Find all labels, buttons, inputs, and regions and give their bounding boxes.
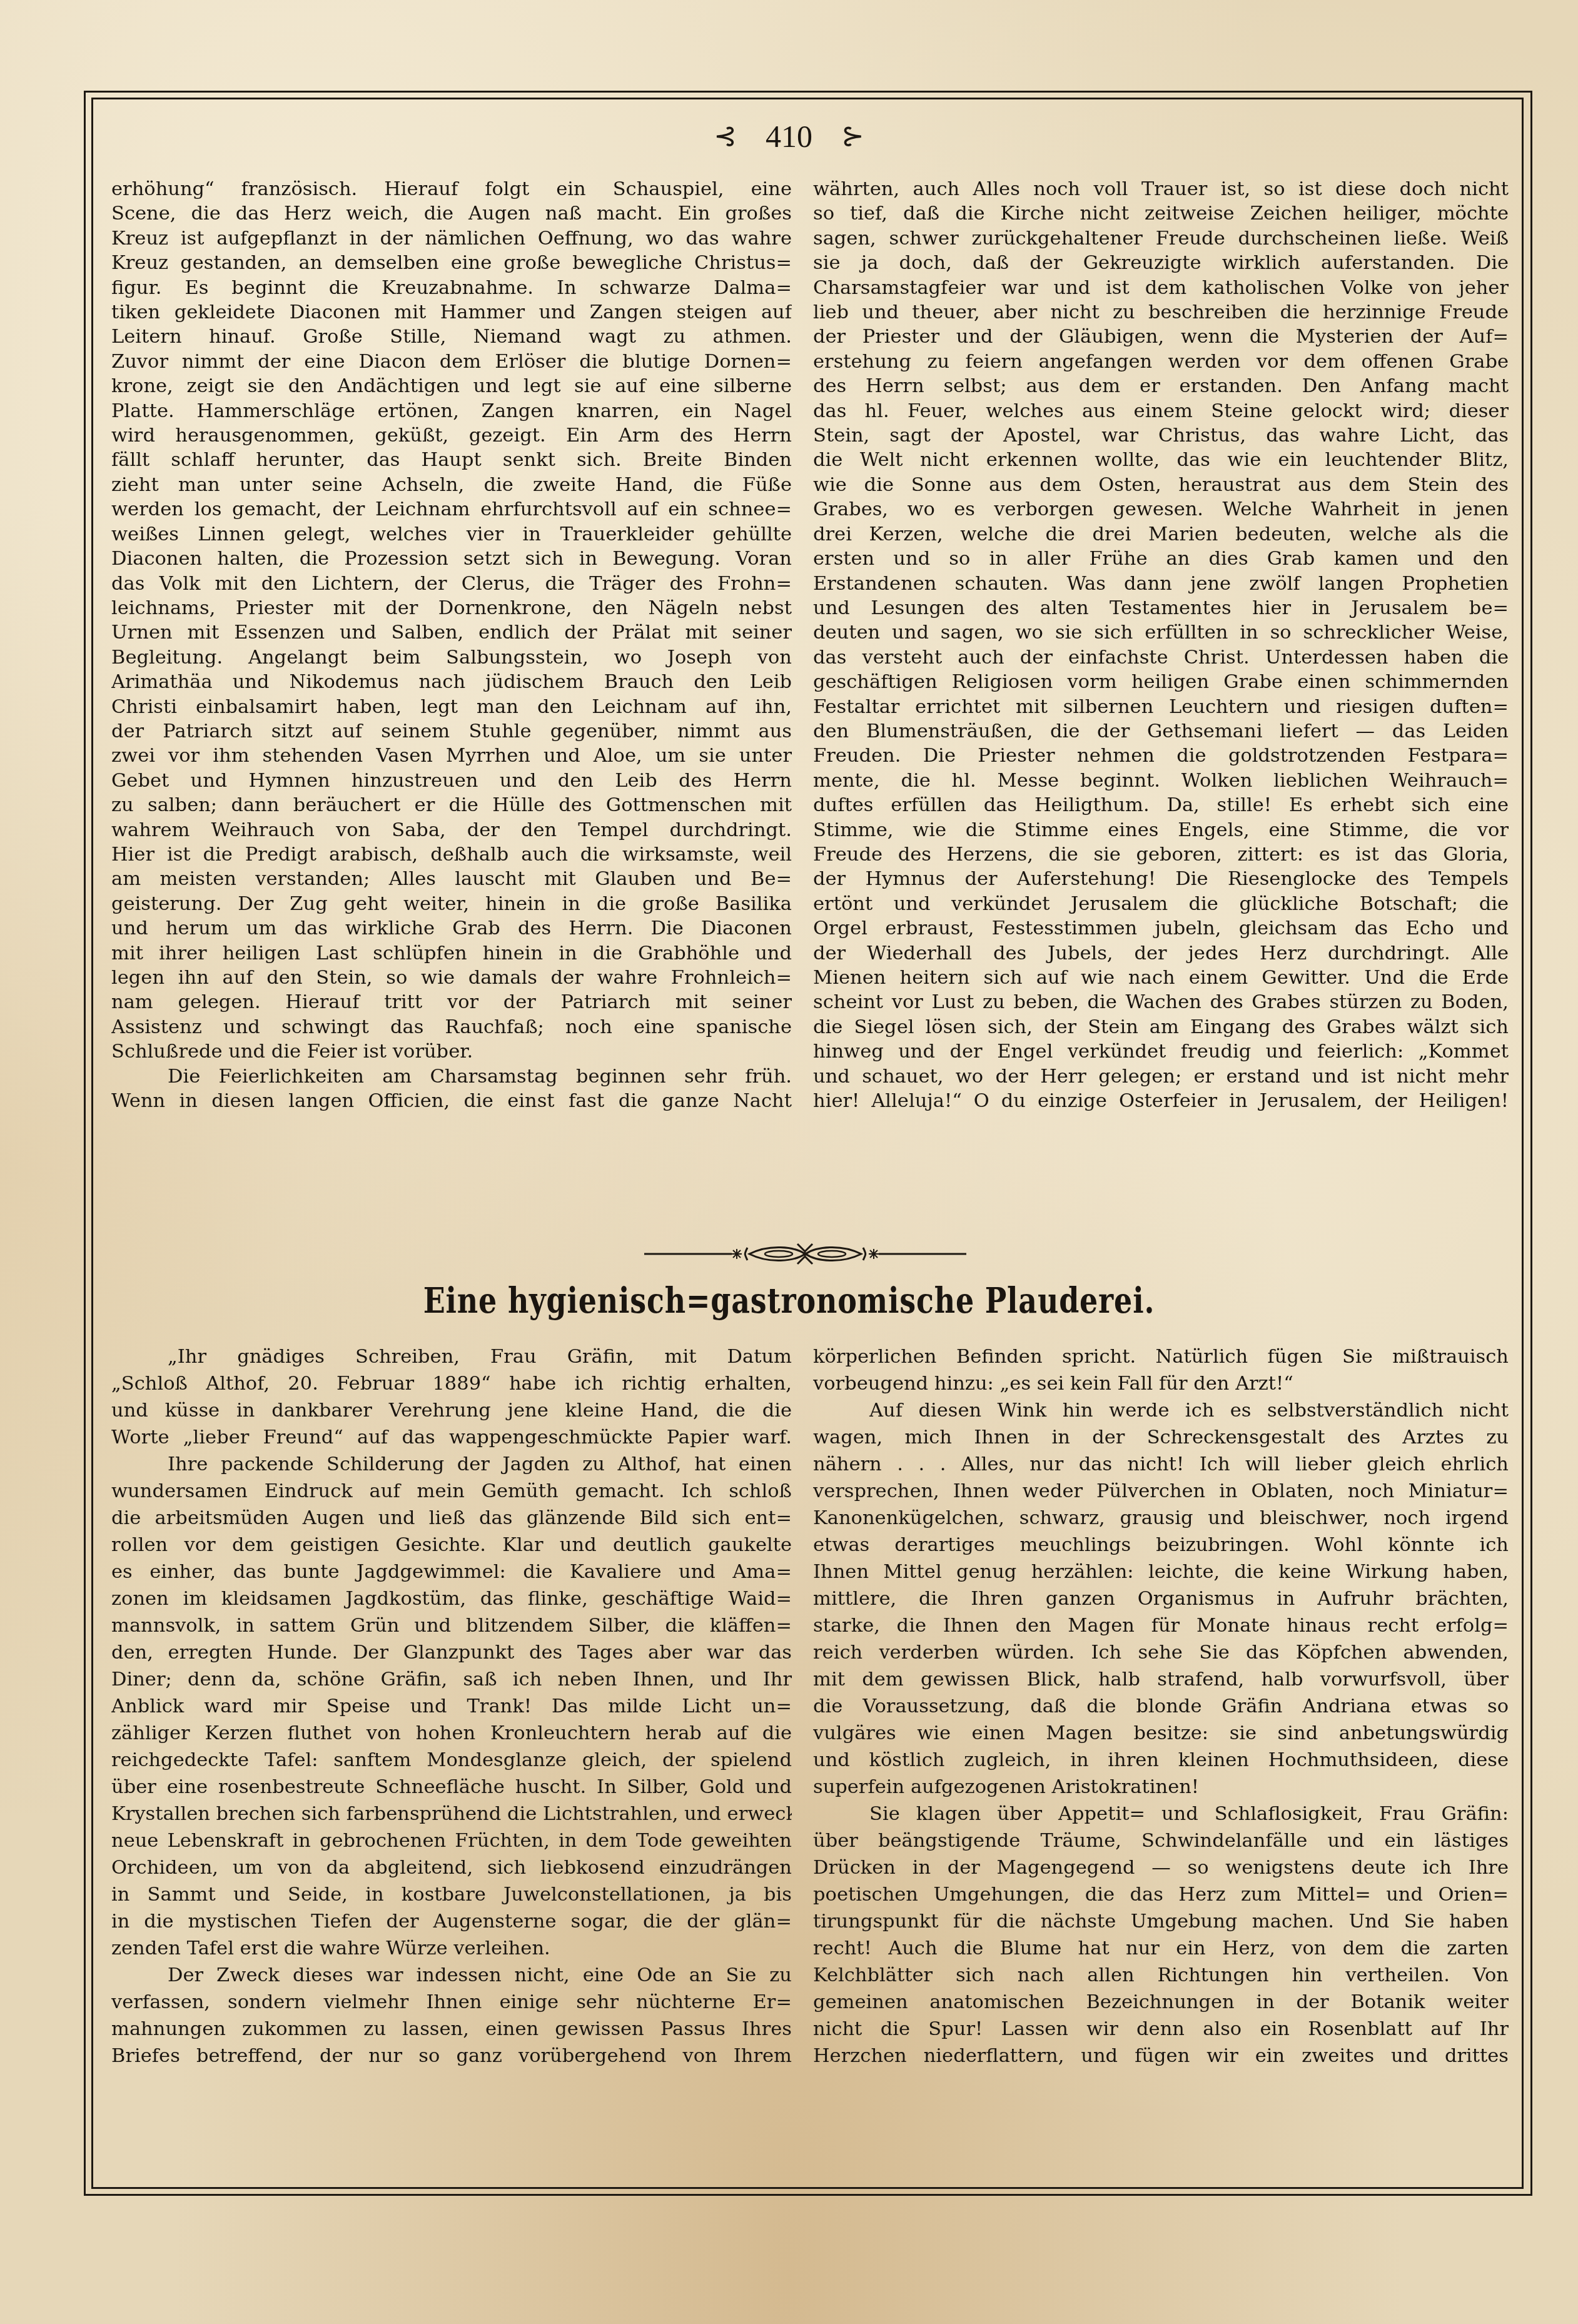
text-line: Charsamstagfeier war und ist dem katholi… bbox=[813, 276, 1509, 300]
text-line: Leitern hinauf. Große Stille, Niemand wa… bbox=[111, 325, 792, 349]
text-line: Ihnen Mittel genug herzählen: leichte, d… bbox=[813, 1559, 1509, 1585]
text-line: zwei vor ihm stehenden Vasen Myrrhen und… bbox=[111, 744, 792, 768]
text-line: und herum um das wirkliche Grab des Herr… bbox=[111, 916, 792, 941]
text-line: Begleitung. Angelangt beim Salbungsstein… bbox=[111, 645, 792, 670]
ornamental-divider-icon bbox=[644, 1241, 966, 1266]
text-line: etwas derartiges meuchlings beizubringen… bbox=[813, 1532, 1509, 1559]
text-line: tirungspunkt für die nächste Umgebung ma… bbox=[813, 1908, 1509, 1935]
text-line: Herzchen niederflattern, und fügen wir e… bbox=[813, 2043, 1509, 2069]
text-line: Assistenz und schwingt das Rauchfaß; noc… bbox=[111, 1015, 792, 1039]
text-line: Orchideen, um von da abgleitend, sich li… bbox=[111, 1854, 792, 1881]
text-line: Der Zweck dieses war indessen nicht, ein… bbox=[111, 1962, 792, 1989]
text-line: Grabes, wo es verborgen gewesen. Welche … bbox=[813, 497, 1509, 522]
text-line: nam gelegen. Hierauf tritt vor der Patri… bbox=[111, 990, 792, 1014]
text-line: fällt schlaff herunter, das Haupt senkt … bbox=[111, 448, 792, 472]
text-line: Schlußrede und die Feier ist vorüber. bbox=[111, 1039, 792, 1064]
text-line: gemeinen anatomischen Bezeichnungen in d… bbox=[813, 1989, 1509, 2016]
text-line: recht! Auch die Blume hat nur ein Herz, … bbox=[813, 1935, 1509, 1962]
fleuron-right-icon: ⊱ bbox=[841, 118, 864, 155]
text-line: Stein, sagt der Apostel, war Christus, d… bbox=[813, 423, 1509, 448]
text-line: Festaltar errichtet mit silbernen Leucht… bbox=[813, 695, 1509, 719]
text-line: reichgedeckte Tafel: sanftem Mondesglanz… bbox=[111, 1747, 792, 1774]
text-line: ersten und so in aller Frühe an dies Gra… bbox=[813, 547, 1509, 571]
text-line: Diaconen halten, die Prozession setzt si… bbox=[111, 547, 792, 571]
text-line: Freude des Herzens, die sie geboren, zit… bbox=[813, 842, 1509, 867]
text-line: den Blumensträußen, die der Gethsemani l… bbox=[813, 719, 1509, 744]
text-line: Kreuz ist aufgepflanzt in der nämlichen … bbox=[111, 226, 792, 251]
text-line: deuten und sagen, wo sie sich erfüllten … bbox=[813, 620, 1509, 645]
text-line: über beängstigende Träume, Schwindelanfä… bbox=[813, 1827, 1509, 1854]
page-header: ⊰ 410 ⊱ bbox=[0, 118, 1578, 155]
fleuron-left-icon: ⊰ bbox=[714, 118, 737, 155]
text-line: Diner; denn da, schöne Gräfin, saß ich n… bbox=[111, 1666, 792, 1693]
text-line: krone, zeigt sie den Andächtigen und leg… bbox=[111, 374, 792, 398]
text-line: Die Feierlichkeiten am Charsamstag begin… bbox=[111, 1064, 792, 1089]
text-line: tiken gekleidete Diaconen mit Hammer und… bbox=[111, 300, 792, 325]
text-line: wie die Sonne aus dem Osten, heraustrat … bbox=[813, 473, 1509, 497]
text-line: über eine rosenbestreute Schneefläche hu… bbox=[111, 1774, 792, 1801]
text-line: verfassen, sondern vielmehr Ihnen einige… bbox=[111, 1989, 792, 2016]
text-line: die Welt nicht erkennen wollte, das wie … bbox=[813, 448, 1509, 472]
text-line: Auf diesen Wink hin werde ich es selbstv… bbox=[813, 1397, 1509, 1424]
text-line: starke, die Ihnen den Magen für Monate h… bbox=[813, 1612, 1509, 1639]
text-line: Platte. Hammerschläge ertönen, Zangen kn… bbox=[111, 399, 792, 423]
text-line: sagen, schwer zurückgehaltener Freude du… bbox=[813, 226, 1509, 251]
text-line: lieb und theuer, aber nicht zu beschreib… bbox=[813, 300, 1509, 325]
text-line: wundersamen Eindruck auf mein Gemüth gem… bbox=[111, 1478, 792, 1505]
text-line: Kreuz gestanden, an demselben eine große… bbox=[111, 251, 792, 275]
text-line: die arbeitsmüden Augen und ließ das glän… bbox=[111, 1505, 792, 1532]
text-line: drei Kerzen, welche die drei Marien bede… bbox=[813, 522, 1509, 547]
text-line: versprechen, Ihnen weder Pülverchen in O… bbox=[813, 1478, 1509, 1505]
text-line: nähern . . . Alles, nur das nicht! Ich w… bbox=[813, 1451, 1509, 1478]
text-line: der Patriarch sitzt auf seinem Stuhle ge… bbox=[111, 719, 792, 744]
text-line: poetischen Umgehungen, die das Herz zum … bbox=[813, 1881, 1509, 1908]
text-line: Kelchblätter sich nach allen Richtungen … bbox=[813, 1962, 1509, 1989]
text-line: der Wiederhall des Jubels, der jedes Her… bbox=[813, 941, 1509, 966]
text-line: mahnungen zukommen zu lassen, einen gewi… bbox=[111, 2016, 792, 2043]
text-line: Christi einbalsamirt haben, legt man den… bbox=[111, 695, 792, 719]
text-line: so tief, daß die Kirche nicht zeitweise … bbox=[813, 201, 1509, 226]
text-line: erstehung zu feiern angefangen werden vo… bbox=[813, 350, 1509, 374]
top-left-column: erhöhung“ französisch. Hierauf folgt ein… bbox=[111, 177, 792, 1113]
text-line: Sie klagen über Appetit= und Schlaflosig… bbox=[813, 1801, 1509, 1827]
text-line: leichnams, Priester mit der Dornenkrone,… bbox=[111, 596, 792, 620]
text-line: und Lesungen des alten Testamentes hier … bbox=[813, 596, 1509, 620]
text-line: Urnen mit Essenzen und Salben, endlich d… bbox=[111, 620, 792, 645]
text-line: Stimme, wie die Stimme eines Engels, ein… bbox=[813, 818, 1509, 842]
text-line: vulgäres wie einen Magen besitze: sie si… bbox=[813, 1720, 1509, 1747]
text-line: werden los gemacht, der Leichnam ehrfurc… bbox=[111, 497, 792, 522]
text-line: nicht die Spur! Lassen wir denn also ein… bbox=[813, 2016, 1509, 2043]
text-line: am meisten verstanden; Alles lauscht mit… bbox=[111, 867, 792, 891]
text-line: Erstandenen schauten. Was dann jene zwöl… bbox=[813, 572, 1509, 596]
text-line: der Priester und der Gläubigen, wenn die… bbox=[813, 325, 1509, 349]
text-line: neue Lebenskraft in gebrochenen Früchten… bbox=[111, 1827, 792, 1854]
text-line: zonen im kleidsamen Jagdkostüm, das flin… bbox=[111, 1585, 792, 1612]
text-line: Zuvor nimmt der eine Diacon dem Erlöser … bbox=[111, 350, 792, 374]
text-line: Drücken in der Magengegend — so wenigste… bbox=[813, 1854, 1509, 1881]
text-line: hinweg und der Engel verkündet freudig u… bbox=[813, 1039, 1509, 1064]
page-number: 410 bbox=[766, 118, 812, 155]
text-line: wahrem Weihrauch von Saba, der den Tempe… bbox=[111, 818, 792, 842]
text-line: „Ihr gnädiges Schreiben, Frau Gräfin, mi… bbox=[111, 1343, 792, 1370]
text-line: figur. Es beginnt die Kreuzabnahme. In s… bbox=[111, 276, 792, 300]
text-line: mannsvolk, in sattem Grün und blitzendem… bbox=[111, 1612, 792, 1639]
text-line: wird herausgenommen, geküßt, gezeigt. Ei… bbox=[111, 423, 792, 448]
text-line: in die mystischen Tiefen der Augensterne… bbox=[111, 1908, 792, 1935]
text-line: mit dem gewissen Blick, halb strafend, h… bbox=[813, 1666, 1509, 1693]
text-line: erhöhung“ französisch. Hierauf folgt ein… bbox=[111, 177, 792, 201]
text-line: Orgel erbraust, Festesstimmen jubeln, gl… bbox=[813, 916, 1509, 941]
text-line: es einher, das bunte Jagdgewimmel: die K… bbox=[111, 1559, 792, 1585]
text-line: Arimathäa und Nikodemus nach jüdischem B… bbox=[111, 670, 792, 694]
text-line: scheint vor Lust zu beben, die Wachen de… bbox=[813, 990, 1509, 1014]
text-line: weißes Linnen gelegt, welches vier in Tr… bbox=[111, 522, 792, 547]
text-line: zähliger Kerzen fluthet von hohen Kronle… bbox=[111, 1720, 792, 1747]
text-line: Krystallen brechen sich farbensprühend d… bbox=[111, 1801, 792, 1827]
text-line: Wenn in diesen langen Officien, die eins… bbox=[111, 1089, 792, 1113]
text-line: Briefes betreffend, der nur so ganz vorü… bbox=[111, 2043, 792, 2069]
text-line: superfein aufgezogenen Aristokratinen! bbox=[813, 1774, 1509, 1801]
text-line: mente, die hl. Messe beginnt. Wolken lie… bbox=[813, 769, 1509, 793]
top-right-column: währten, auch Alles noch voll Trauer ist… bbox=[813, 177, 1509, 1113]
text-line: duftes erfüllen das Heiligthum. Da, stil… bbox=[813, 793, 1509, 817]
text-line: in Sammt und Seide, in kostbare Juwelcon… bbox=[111, 1881, 792, 1908]
text-line: Hier ist die Predigt arabisch, deßhalb a… bbox=[111, 842, 792, 867]
text-line: ertönt und verkündet Jerusalem die glück… bbox=[813, 892, 1509, 916]
text-line: Kanonenkügelchen, schwarz, grausig und b… bbox=[813, 1505, 1509, 1532]
text-line: reich verderben würden. Ich sehe Sie das… bbox=[813, 1639, 1509, 1666]
text-line: die Voraussetzung, daß die blonde Gräfin… bbox=[813, 1693, 1509, 1720]
text-line: währten, auch Alles noch voll Trauer ist… bbox=[813, 177, 1509, 201]
text-line: die Siegel lösen sich, der Stein am Eing… bbox=[813, 1015, 1509, 1039]
text-line: rollen vor dem geistigen Gesichte. Klar … bbox=[111, 1532, 792, 1559]
text-line: Anblick ward mir Speise und Trank! Das m… bbox=[111, 1693, 792, 1720]
text-line: zieht man unter seine Achseln, die zweit… bbox=[111, 473, 792, 497]
text-line: des Herrn selbst; aus dem er erstanden. … bbox=[813, 374, 1509, 398]
text-line: zenden Tafel erst die wahre Würze verlei… bbox=[111, 1935, 792, 1962]
text-line: Worte „lieber Freund“ auf das wappengesc… bbox=[111, 1424, 792, 1451]
text-line: sie ja doch, daß der Gekreuzigte wirklic… bbox=[813, 251, 1509, 275]
text-line: körperlichen Befinden spricht. Natürlich… bbox=[813, 1343, 1509, 1370]
text-line: „Schloß Althof, 20. Februar 1889“ habe i… bbox=[111, 1370, 792, 1397]
text-line: der Hymnus der Auferstehung! Die Rieseng… bbox=[813, 867, 1509, 891]
text-line: geschäftigen Religiosen vorm heiligen Gr… bbox=[813, 670, 1509, 694]
text-line: legen ihn auf den Stein, so wie damals d… bbox=[111, 966, 792, 990]
text-line: das hl. Feuer, welches aus einem Steine … bbox=[813, 399, 1509, 423]
text-line: den, erregten Hunde. Der Glanzpunkt des … bbox=[111, 1639, 792, 1666]
text-line: zu salben; dann beräuchert er die Hülle … bbox=[111, 793, 792, 817]
article-left-column: „Ihr gnädiges Schreiben, Frau Gräfin, mi… bbox=[111, 1343, 792, 2069]
text-line: und schauet, wo der Herr gelegen; er ers… bbox=[813, 1064, 1509, 1089]
text-line: hier! Alleluja!“ O du einzige Osterfeier… bbox=[813, 1089, 1509, 1113]
text-line: und küsse in dankbarer Verehrung jene kl… bbox=[111, 1397, 792, 1424]
text-line: das versteht auch der einfachste Christ.… bbox=[813, 645, 1509, 670]
text-line: Scene, die das Herz weich, die Augen naß… bbox=[111, 201, 792, 226]
text-line: Freuden. Die Priester nehmen die goldstr… bbox=[813, 744, 1509, 768]
text-line: Gebet und Hymnen hinzustreuen und den Le… bbox=[111, 769, 792, 793]
text-line: mit ihrer heiligen Last schlüpfen hinein… bbox=[111, 941, 792, 966]
text-line: und köstlich zugleich, in ihren kleinen … bbox=[813, 1747, 1509, 1774]
text-line: geisterung. Der Zug geht weiter, hinein … bbox=[111, 892, 792, 916]
text-line: mittlere, die Ihren ganzen Organismus in… bbox=[813, 1585, 1509, 1612]
text-line: wagen, mich Ihnen in der Schreckensgesta… bbox=[813, 1424, 1509, 1451]
text-line: Ihre packende Schilderung der Jagden zu … bbox=[111, 1451, 792, 1478]
text-line: Mienen heitern sich auf wie nach einem G… bbox=[813, 966, 1509, 990]
article-right-column: körperlichen Befinden spricht. Natürlich… bbox=[813, 1343, 1509, 2069]
text-line: das Volk mit den Lichtern, der Clerus, d… bbox=[111, 572, 792, 596]
article-title: Eine hygienisch=gastronomische Plauderei… bbox=[142, 1279, 1436, 1323]
text-line: vorbeugend hinzu: „es sei kein Fall für … bbox=[813, 1370, 1509, 1397]
